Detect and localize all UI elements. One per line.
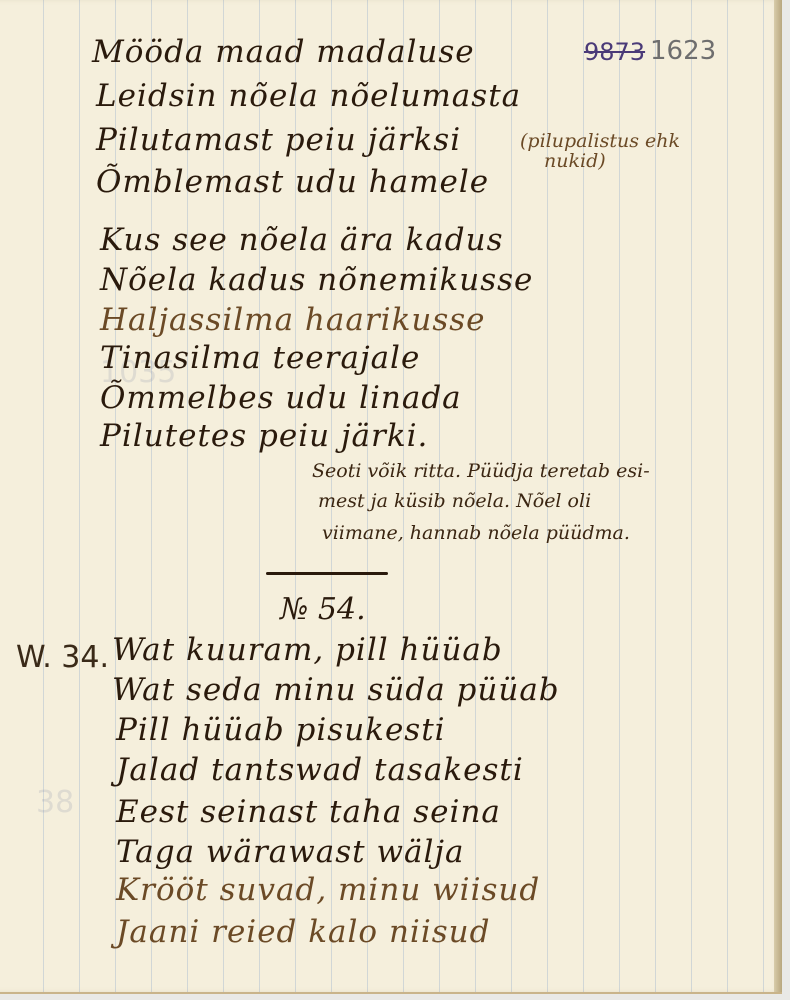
struck-catalog-number: 9873 <box>584 38 645 66</box>
poem-line: Jalad tantswad tasakesti <box>116 752 524 788</box>
poem-line: Krööt suvad, minu wiisud <box>116 872 540 908</box>
poem-line: Kus see nõela ära kadus <box>100 222 504 258</box>
manuscript-page: 9873 1623 1035 38 Mööda maad madaluse Le… <box>0 0 782 994</box>
section-number: № 54. <box>280 592 366 627</box>
catalog-number: 1623 <box>650 36 716 66</box>
poem-line: Taga wärawast wälja <box>116 834 465 870</box>
gloss-note: nukid) <box>544 150 606 172</box>
poem-line: Haljassilma haarikusse <box>100 302 485 338</box>
poem-line: Pilutetes peiu järki. <box>100 418 428 454</box>
page-binding-edge <box>774 0 782 992</box>
poem-line: Tinasilma teerajale <box>100 340 420 376</box>
annotation-line: Seoti võik ritta. Püüdja teretab esi- <box>312 460 650 482</box>
poem-line: Jaani reied kalo niisud <box>116 914 490 950</box>
poem-line: Õmblemast udu hamele <box>96 164 489 200</box>
margin-label: W. 34. <box>16 640 109 675</box>
poem-line: Pilutamast peiu järksi <box>96 122 461 158</box>
poem-line: Õmmelbes udu linada <box>100 380 462 416</box>
poem-line: Mööda maad madaluse <box>92 34 475 70</box>
poem-line: Wat kuuram, pill hüüab <box>112 632 503 668</box>
gloss-note: (pilupalistus ehk <box>520 130 680 152</box>
ghost-number: 38 <box>36 785 74 820</box>
poem-line: Wat seda minu süda püüab <box>112 672 560 708</box>
poem-line: Nõela kadus nõnemikusse <box>100 262 533 298</box>
section-divider <box>266 572 388 575</box>
poem-line: Eest seinast taha seina <box>116 794 501 830</box>
poem-line: Leidsin nõela nõelumasta <box>96 78 521 114</box>
poem-line: Pill hüüab pisukesti <box>116 712 446 748</box>
annotation-line: viimane, hannab nõela püüdma. <box>322 522 630 544</box>
annotation-line: mest ja küsib nõela. Nõel oli <box>318 490 591 512</box>
